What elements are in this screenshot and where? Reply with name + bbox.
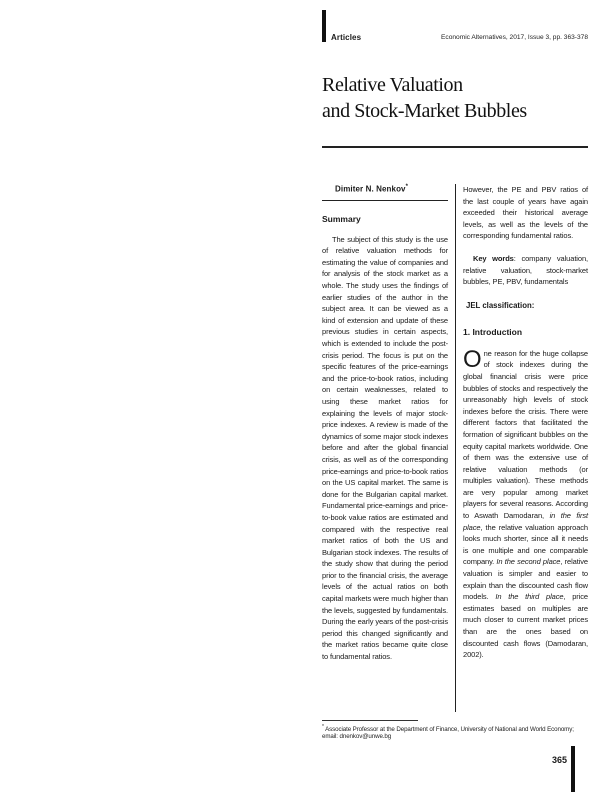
footnote-divider — [322, 720, 418, 721]
continuation-paragraph: However, the PE and PBV ratios of the la… — [463, 184, 588, 242]
footnote-text: Associate Professor at the Department of… — [322, 726, 574, 740]
right-column: However, the PE and PBV ratios of the la… — [455, 184, 588, 712]
page-content: Articles Economic Alternatives, 2017, Is… — [322, 10, 588, 740]
page-header: Articles Economic Alternatives, 2017, Is… — [322, 10, 588, 42]
article-title-line2: and Stock-Market Bubbles — [322, 98, 588, 124]
two-column-body: Dimiter N. Nenkov* Summary The subject o… — [322, 184, 588, 712]
footnote: * Associate Professor at the Department … — [322, 724, 588, 740]
page-number: 365 — [550, 755, 567, 765]
section-marker: Articles — [322, 10, 361, 42]
left-column: Dimiter N. Nenkov* Summary The subject o… — [322, 184, 455, 712]
summary-paragraph: The subject of this study is the use of … — [322, 234, 448, 663]
footer-bar-icon — [571, 746, 575, 792]
author-name: Dimiter N. Nenkov* — [322, 184, 448, 194]
article-title-line1: Relative Valuation — [322, 72, 588, 98]
author-divider — [322, 200, 448, 201]
introduction-paragraph: One reason for the huge collapse of stoc… — [463, 348, 588, 661]
journal-page: Articles Economic Alternatives, 2017, Is… — [0, 0, 600, 800]
jel-classification-label: JEL classification: — [463, 301, 588, 310]
intro-paragraph-text: ne reason for the huge collapse of stock… — [463, 349, 588, 659]
keywords-label: Key words — [473, 254, 514, 263]
keywords-paragraph: Key words: company valuation, relative v… — [463, 253, 588, 288]
summary-heading: Summary — [322, 214, 448, 224]
journal-citation: Economic Alternatives, 2017, Issue 3, pp… — [441, 34, 588, 42]
section-bar-icon — [322, 10, 326, 42]
section-label: Articles — [331, 33, 361, 42]
drop-cap: O — [463, 348, 484, 369]
title-divider — [322, 146, 588, 148]
article-title: Relative Valuation and Stock-Market Bubb… — [322, 72, 588, 124]
author-footnote-marker: * — [406, 184, 408, 190]
introduction-heading: 1. Introduction — [463, 327, 588, 337]
